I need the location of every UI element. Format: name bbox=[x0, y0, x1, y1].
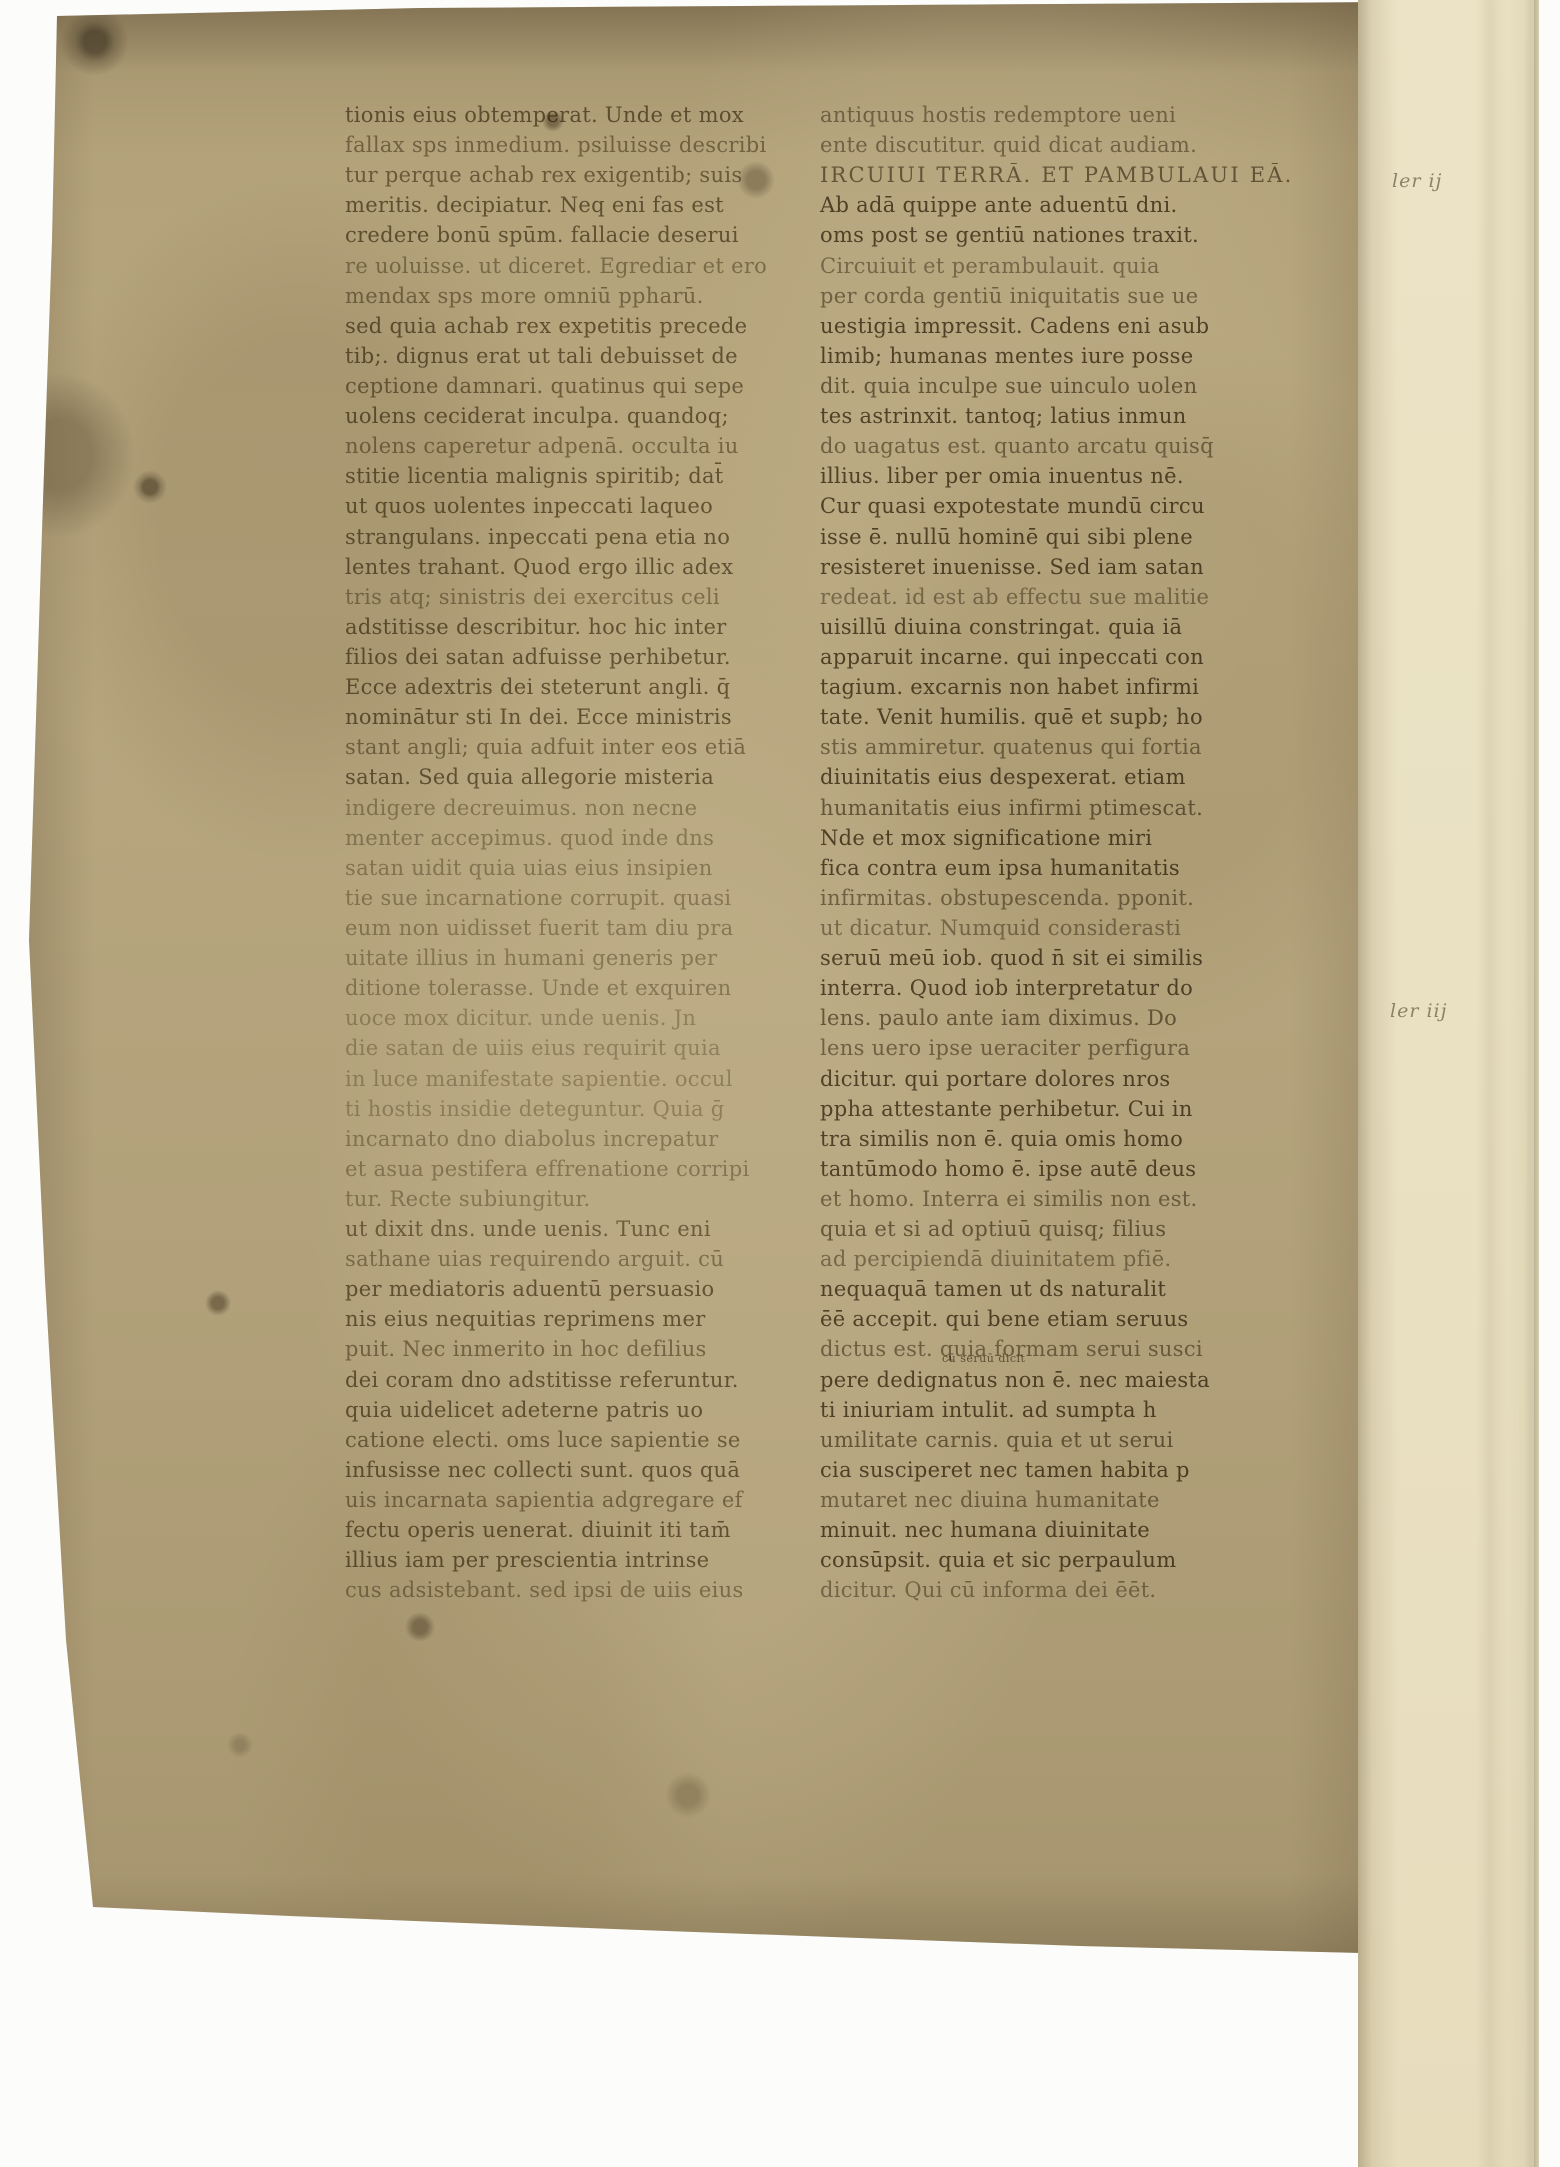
text-column-right: antiquus hostis redemptore ueniente disc… bbox=[820, 100, 1206, 1605]
text-line: lens uero ipse ueraciter perfigura bbox=[820, 1033, 1206, 1063]
text-line: uitate illius in humani generis per bbox=[345, 943, 737, 973]
text-line: indigere decreuimus. non necne bbox=[345, 793, 737, 823]
text-line: fica contra eum ipsa humanitatis bbox=[820, 853, 1206, 883]
text-line: per mediatoris aduentū persuasio bbox=[345, 1274, 737, 1304]
text-line: ti iniuriam intulit. ad sumpta h bbox=[820, 1395, 1206, 1425]
text-line: mendax sps more omniū ppharū. bbox=[345, 281, 737, 311]
text-line: uoce mox dicitur. unde uenis. Jn bbox=[345, 1003, 737, 1033]
text-line: nis eius nequitias reprimens mer bbox=[345, 1304, 737, 1334]
text-line: ppha attestante perhibetur. Cui in bbox=[820, 1094, 1206, 1124]
text-line: dit. quia inculpe sue uinculo uolen bbox=[820, 371, 1206, 401]
text-line: nominātur sti In dei. Ecce ministris bbox=[345, 702, 737, 732]
text-column-left: tionis eius obtemperat. Unde et moxfalla… bbox=[345, 100, 737, 1605]
text-line: do uagatus est. quanto arcatu quisq̄ bbox=[820, 431, 1206, 461]
marginal-note-top: ler ij bbox=[1392, 170, 1442, 192]
text-line: pere dedignatus non ē. nec maiesta bbox=[820, 1365, 1206, 1395]
text-line: dicitur. Qui cū informa dei ēēt. bbox=[820, 1575, 1206, 1605]
text-line: ditione tolerasse. Unde et exquiren bbox=[345, 973, 737, 1003]
text-line: eum non uidisset fuerit tam diu pra bbox=[345, 913, 737, 943]
text-line: uestigia impressit. Cadens eni asub bbox=[820, 311, 1206, 341]
text-line: minuit. nec humana diuinitate bbox=[820, 1515, 1206, 1545]
text-line: stitie licentia malignis spiritib; dat̄ bbox=[345, 461, 737, 491]
text-line: apparuit incarne. qui inpeccati con bbox=[820, 642, 1206, 672]
text-line: cus adsistebant. sed ipsi de uiis eius bbox=[345, 1575, 737, 1605]
text-line: infusisse nec collecti sunt. quos quā bbox=[345, 1455, 737, 1485]
text-line: ut dixit dns. unde uenis. Tunc eni bbox=[345, 1214, 737, 1244]
text-line: dicitur. qui portare dolores nros bbox=[820, 1064, 1206, 1094]
text-line: catione electi. oms luce sapientie se bbox=[345, 1425, 737, 1455]
text-line: isse ē. nullū hominē qui sibi plene bbox=[820, 522, 1206, 552]
text-line: die satan de uiis eius requirit quia bbox=[345, 1033, 737, 1063]
text-line: tes astrinxit. tantoq; latius inmun bbox=[820, 401, 1206, 431]
text-line: diuinitatis eius despexerat. etiam bbox=[820, 762, 1206, 792]
marginal-note-middle: ler iij bbox=[1390, 1000, 1448, 1022]
text-line: ēē accepit. qui bene etiam seruus bbox=[820, 1304, 1206, 1334]
text-line: tib;. dignus erat ut tali debuisset de bbox=[345, 341, 737, 371]
text-line: uolens ceciderat inculpa. quandoq; bbox=[345, 401, 737, 431]
text-line: seruū meū iob. quod n̄ sit ei similis bbox=[820, 943, 1206, 973]
text-line: sathane uias requirendo arguit. cū bbox=[345, 1244, 737, 1274]
interlinear-gloss: cū seruū dicit bbox=[942, 1352, 1025, 1365]
text-line: ente discutitur. quid dicat audiam. bbox=[820, 130, 1206, 160]
text-line: lentes trahant. Quod ergo illic adex bbox=[345, 552, 737, 582]
text-line: redeat. id est ab effectu sue malitie bbox=[820, 582, 1206, 612]
text-line: Cur quasi expotestate mundū circu bbox=[820, 491, 1206, 521]
text-line: sed quia achab rex expetitis precede bbox=[345, 311, 737, 341]
manuscript-photo-page: tionis eius obtemperat. Unde et moxfalla… bbox=[0, 0, 1560, 2167]
text-line: nolens caperetur adpenā. occulta iu bbox=[345, 431, 737, 461]
text-line: lens. paulo ante iam diximus. Do bbox=[820, 1003, 1206, 1033]
text-line: umilitate carnis. quia et ut serui bbox=[820, 1425, 1206, 1455]
text-line: per corda gentiū iniquitatis sue ue bbox=[820, 281, 1206, 311]
text-line: ut quos uolentes inpeccati laqueo bbox=[345, 491, 737, 521]
text-line: limib; humanas mentes iure posse bbox=[820, 341, 1206, 371]
text-line: incarnato dno diabolus increpatur bbox=[345, 1124, 737, 1154]
text-line: in luce manifestate sapientie. occul bbox=[345, 1064, 737, 1094]
text-line: uisillū diuina constringat. quia iā bbox=[820, 612, 1206, 642]
text-line: ut dicatur. Numquid considerasti bbox=[820, 913, 1206, 943]
text-line: nequaquā tamen ut ds naturalit bbox=[820, 1274, 1206, 1304]
text-line: credere bonū spūm. fallacie deserui bbox=[345, 220, 737, 250]
text-line: quia uidelicet adeterne patris uo bbox=[345, 1395, 737, 1425]
text-line: strangulans. inpeccati pena etia no bbox=[345, 522, 737, 552]
text-line: fectu operis uenerat. diuinit iti tam̄ bbox=[345, 1515, 737, 1545]
text-line: tris atq; sinistris dei exercitus celi bbox=[345, 582, 737, 612]
text-line: tra similis non ē. quia omis homo bbox=[820, 1124, 1206, 1154]
text-line: IRCUIUI TERRĀ. ET PAMBULAUI EĀ. bbox=[820, 160, 1206, 190]
text-line: mutaret nec diuina humanitate bbox=[820, 1485, 1206, 1515]
text-line: cia susciperet nec tamen habita p bbox=[820, 1455, 1206, 1485]
text-line: oms post se gentiū nationes traxit. bbox=[820, 220, 1206, 250]
text-line: satan. Sed quia allegorie misteria bbox=[345, 762, 737, 792]
text-line: interra. Quod iob interpretatur do bbox=[820, 973, 1206, 1003]
text-line: fallax sps inmedium. psiluisse describi bbox=[345, 130, 737, 160]
text-line: Ab adā quippe ante aduentū dni. bbox=[820, 190, 1206, 220]
text-line: ad percipiendā diuinitatem pfiē. bbox=[820, 1244, 1206, 1274]
text-line: tate. Venit humilis. quē et supb; ho bbox=[820, 702, 1206, 732]
text-line: Circuiuit et perambulauit. quia bbox=[820, 251, 1206, 281]
text-line: illius iam per prescientia intrinse bbox=[345, 1545, 737, 1575]
text-line: puit. Nec inmerito in hoc defilius bbox=[345, 1334, 737, 1364]
text-line: infirmitas. obstupescenda. pponit. bbox=[820, 883, 1206, 913]
text-line: Nde et mox significatione miri bbox=[820, 823, 1206, 853]
text-line: re uoluisse. ut diceret. Egrediar et ero bbox=[345, 251, 737, 281]
text-line: ti hostis insidie deteguntur. Quia ḡ bbox=[345, 1094, 737, 1124]
text-line: stant angli; quia adfuit inter eos etiā bbox=[345, 732, 737, 762]
text-line: filios dei satan adfuisse perhibetur. bbox=[345, 642, 737, 672]
text-line: ceptione damnari. quatinus qui sepe bbox=[345, 371, 737, 401]
text-line: et asua pestifera effrenatione corripi bbox=[345, 1154, 737, 1184]
text-line: tur. Recte subiungitur. bbox=[345, 1184, 737, 1214]
guard-strip-edge-shadow bbox=[1534, 0, 1539, 2167]
text-line: menter accepimus. quod inde dns bbox=[345, 823, 737, 853]
text-line: tionis eius obtemperat. Unde et mox bbox=[345, 100, 737, 130]
text-line: humanitatis eius infirmi ptimescat. bbox=[820, 793, 1206, 823]
text-line: consūpsit. quia et sic perpaulum bbox=[820, 1545, 1206, 1575]
guard-strip-next-leaf-edge bbox=[1358, 0, 1534, 2167]
text-line: illius. liber per omia inuentus nē. bbox=[820, 461, 1206, 491]
text-line: tie sue incarnatione corrupit. quasi bbox=[345, 883, 737, 913]
text-line: tantūmodo homo ē. ipse autē deus bbox=[820, 1154, 1206, 1184]
text-line: meritis. decipiatur. Neq eni fas est bbox=[345, 190, 737, 220]
text-line: adstitisse describitur. hoc hic inter bbox=[345, 612, 737, 642]
text-line: uis incarnata sapientia adgregare ef bbox=[345, 1485, 737, 1515]
text-line: et homo. Interra ei similis non est. bbox=[820, 1184, 1206, 1214]
text-line: satan uidit quia uias eius insipien bbox=[345, 853, 737, 883]
text-line: antiquus hostis redemptore ueni bbox=[820, 100, 1206, 130]
text-line: stis ammiretur. quatenus qui fortia bbox=[820, 732, 1206, 762]
text-line: Ecce adextris dei steterunt angli. q̄ bbox=[345, 672, 737, 702]
text-line: dei coram dno adstitisse referuntur. bbox=[345, 1365, 737, 1395]
text-line: tur perque achab rex exigentib; suis bbox=[345, 160, 737, 190]
text-line: resisteret inuenisse. Sed iam satan bbox=[820, 552, 1206, 582]
text-line: quia et si ad optiuū quisq; filius bbox=[820, 1214, 1206, 1244]
text-line: tagium. excarnis non habet infirmi bbox=[820, 672, 1206, 702]
